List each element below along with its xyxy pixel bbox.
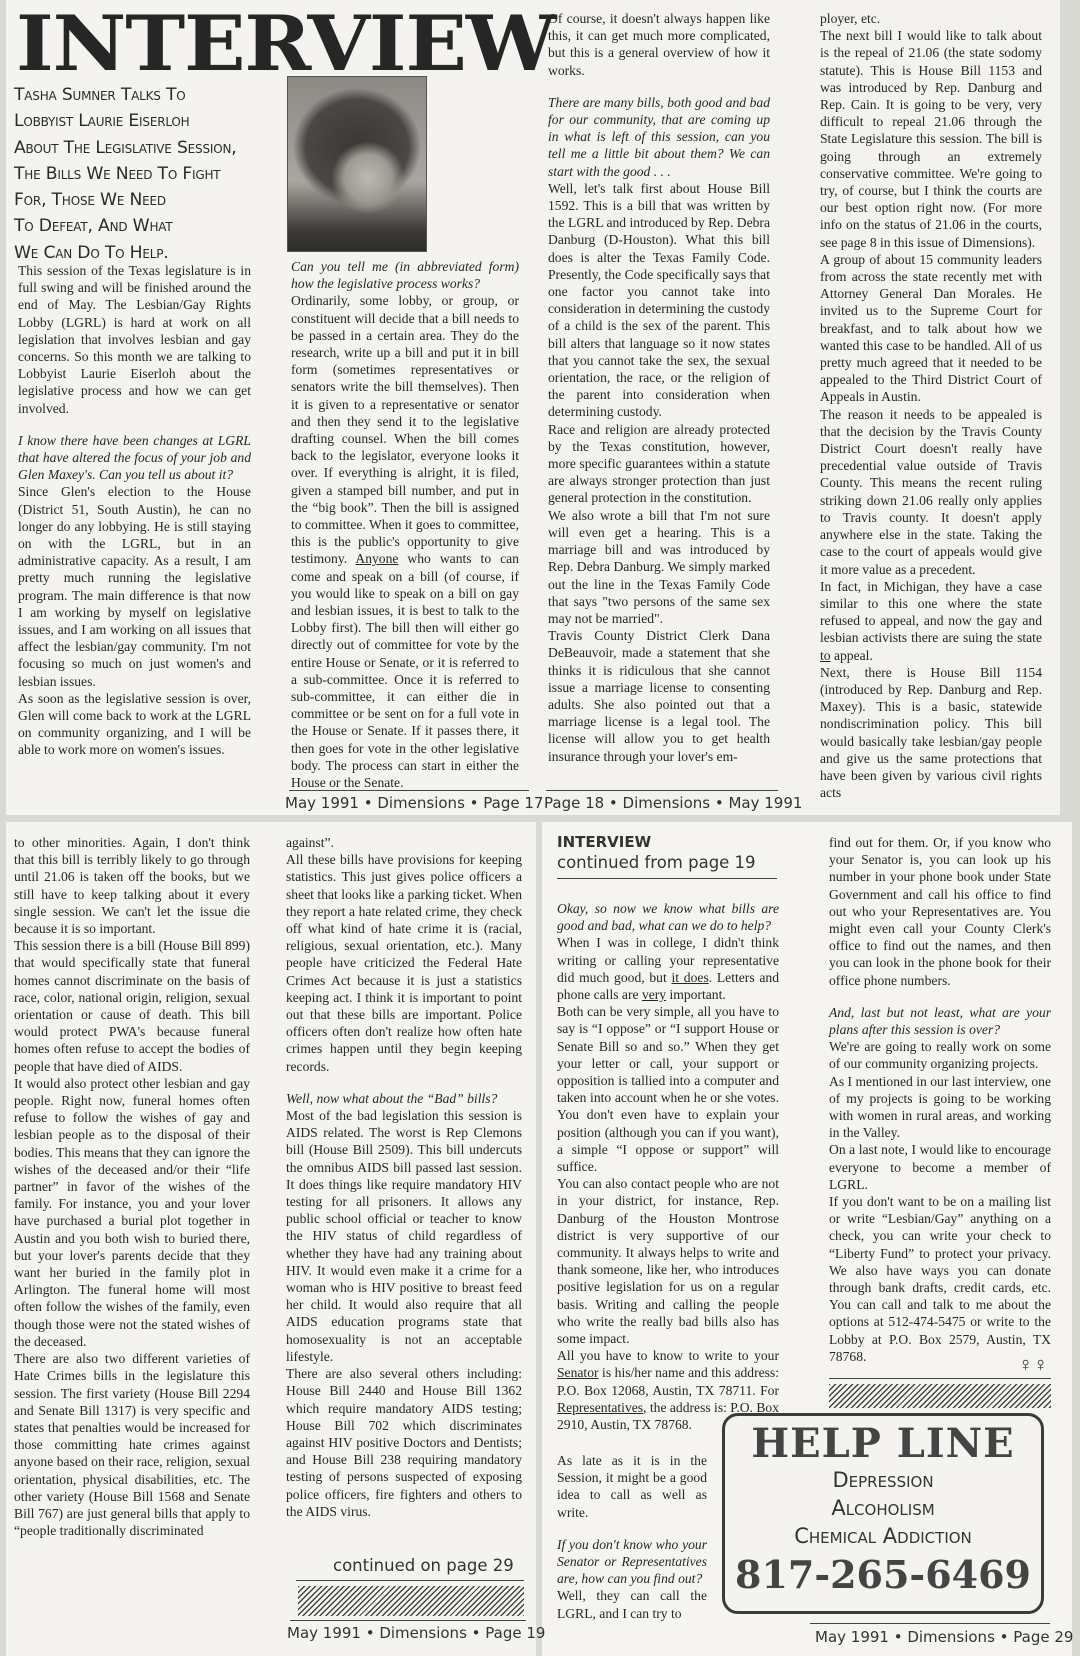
portrait-photo bbox=[287, 76, 427, 252]
paragraph: A group of about 15 community leaders fr… bbox=[820, 251, 1042, 406]
p29-column-2: find out for them. Or, if you know who y… bbox=[829, 834, 1051, 1365]
interview-question: There are many bills, both good and bad … bbox=[548, 94, 770, 180]
emphasis: it does bbox=[672, 970, 709, 985]
interview-question: Well, now what about the “Bad” bills? bbox=[286, 1090, 522, 1107]
section-kicker: INTERVIEW bbox=[557, 833, 756, 851]
helpline-phone: 817-265-6469 bbox=[725, 1554, 1041, 1596]
p18-column-1: Of course, it doesn't always happen like… bbox=[548, 10, 770, 765]
p19-column-1: to other minorities. Again, I don't thin… bbox=[14, 834, 250, 1539]
double-venus-icon: ♀♀ bbox=[1018, 1354, 1048, 1377]
paragraph: As I mentioned in our last interview, on… bbox=[829, 1073, 1051, 1142]
interview-banner-text: INTERVIEW bbox=[16, 6, 468, 82]
p17-footer-rule bbox=[289, 790, 529, 791]
paragraph: Since Glen's election to the House (Dist… bbox=[18, 483, 251, 689]
continuation-header: INTERVIEW continued from page 19 bbox=[557, 833, 756, 872]
text-run: who wants to can come and speak on a bil… bbox=[291, 551, 519, 790]
paragraph: All these bills have provisions for keep… bbox=[286, 851, 522, 1075]
paragraph: Travis County District Clerk Dana DeBeau… bbox=[548, 627, 770, 765]
article-deck: Tasha Sumner Talks To Lobbyist Laurie Ei… bbox=[14, 82, 274, 266]
interview-question: And, last but not least, what are your p… bbox=[829, 1004, 1051, 1038]
paragraph: You can also contact people who are not … bbox=[557, 1175, 779, 1347]
helpline-ad: HELP LINE Depression Alcoholism Chemical… bbox=[722, 1413, 1044, 1614]
paragraph: On a last note, I would like to encourag… bbox=[829, 1141, 1051, 1193]
emphasis: to bbox=[820, 648, 831, 663]
p19-continued-rule bbox=[296, 1580, 524, 1581]
p29-column-1: Okay, so now we know what bills are good… bbox=[557, 900, 779, 1433]
p29-hatch-bar bbox=[829, 1384, 1051, 1408]
paragraph: Most of the bad legislation this session… bbox=[286, 1107, 522, 1365]
p29-footer-rule bbox=[810, 1623, 1050, 1624]
interview-question: Okay, so now we know what bills are good… bbox=[557, 900, 779, 934]
p19-footer: May 1991 • Dimensions • Page 19 bbox=[287, 1624, 545, 1642]
paragraph: Of course, it doesn't always happen like… bbox=[548, 10, 770, 79]
text-run: Ordinarily, some lobby, or group, or con… bbox=[291, 293, 519, 566]
emphasis: Anyone bbox=[355, 551, 398, 566]
p17-column-1: This session of the Texas legislature is… bbox=[18, 262, 251, 759]
paragraph: When I was in college, I didn't think wr… bbox=[557, 934, 779, 1003]
paragraph: Well, they can call the LGRL, and I can … bbox=[557, 1587, 707, 1621]
paragraph: If you don't want to be on a mailing lis… bbox=[829, 1193, 1051, 1365]
p19-footer-rule bbox=[290, 1620, 526, 1621]
emphasis: Senator bbox=[557, 1365, 599, 1380]
text-run: In fact, in Michigan, they have a case s… bbox=[820, 579, 1042, 646]
paragraph: The reason it needs to be appealed is th… bbox=[820, 406, 1042, 578]
deck-line: The Bills We Need To Fight bbox=[14, 161, 274, 187]
interview-question: I know there have been changes at LGRL t… bbox=[18, 432, 251, 484]
paragraph: Race and religion are already protected … bbox=[548, 421, 770, 507]
p29-header-rule bbox=[557, 878, 777, 879]
paragraph: In fact, in Michigan, they have a case s… bbox=[820, 578, 1042, 664]
helpline-item: Alcoholism bbox=[725, 1494, 1041, 1522]
p19-hatch-bar bbox=[298, 1586, 524, 1616]
continued-on-link: continued on page 29 bbox=[333, 1556, 514, 1575]
deck-line: To Defeat, And What bbox=[14, 213, 274, 239]
text-run: appeal. bbox=[831, 648, 873, 663]
paragraph: As soon as the legislative session is ov… bbox=[18, 690, 251, 759]
paragraph: It would also protect other lesbian and … bbox=[14, 1075, 250, 1350]
paragraph: The next bill I would like to talk about… bbox=[820, 27, 1042, 251]
p17-footer: May 1991 • Dimensions • Page 17 bbox=[285, 794, 543, 812]
paragraph: We also wrote a bill that I'm not sure w… bbox=[548, 507, 770, 627]
paragraph: find out for them. Or, if you know who y… bbox=[829, 834, 1051, 989]
p29-column-1-narrow: As late as it is in the Session, it migh… bbox=[557, 1452, 707, 1622]
paragraph: As late as it is in the Session, it migh… bbox=[557, 1452, 707, 1521]
paragraph: This session there is a bill (House Bill… bbox=[14, 937, 250, 1075]
text-run: All you have to know to write to your bbox=[557, 1348, 779, 1363]
paragraph: Ordinarily, some lobby, or group, or con… bbox=[291, 292, 519, 791]
deck-line: For, Those We Need bbox=[14, 187, 274, 213]
interview-question: Can you tell me (in abbreviated form) ho… bbox=[291, 258, 519, 292]
p29-footer: May 1991 • Dimensions • Page 29 bbox=[815, 1628, 1073, 1646]
p18-footer: Page 18 • Dimensions • May 1991 bbox=[544, 794, 802, 812]
helpline-title: HELP LINE bbox=[725, 1422, 1041, 1466]
deck-line: Tasha Sumner Talks To bbox=[14, 82, 274, 108]
emphasis: Representatives bbox=[557, 1400, 643, 1415]
helpline-item: Depression bbox=[725, 1466, 1041, 1494]
paragraph: Both can be very simple, all you have to… bbox=[557, 1003, 779, 1175]
p19-column-2: against”. All these bills have provision… bbox=[286, 834, 522, 1520]
paragraph: We're are going to really work on some o… bbox=[829, 1038, 1051, 1072]
p29-end-rule bbox=[829, 1378, 1051, 1379]
deck-line: Lobbyist Laurie Eiserloh bbox=[14, 108, 274, 134]
paragraph: Well, let's talk first about House Bill … bbox=[548, 180, 770, 421]
paragraph: There are also several others including:… bbox=[286, 1365, 522, 1520]
paragraph: ployer, etc. bbox=[820, 10, 1042, 27]
p18-column-2: ployer, etc. The next bill I would like … bbox=[820, 10, 1042, 801]
helpline-item: Chemical Addiction bbox=[725, 1522, 1041, 1550]
continued-from-label: continued from page 19 bbox=[557, 853, 756, 872]
paragraph: There are also two different varieties o… bbox=[14, 1350, 250, 1539]
emphasis: very bbox=[642, 987, 666, 1002]
text-run: important. bbox=[666, 987, 726, 1002]
paragraph: to other minorities. Again, I don't thin… bbox=[14, 834, 250, 937]
interview-banner: INTERVIEW bbox=[16, 6, 442, 76]
deck-line: About The Legislative Session, bbox=[14, 135, 274, 161]
paragraph: against”. bbox=[286, 834, 522, 851]
interview-question: If you don't know who your Senator or Re… bbox=[557, 1536, 707, 1588]
p17-column-2: Can you tell me (in abbreviated form) ho… bbox=[291, 258, 519, 791]
p18-footer-rule bbox=[546, 790, 778, 791]
paragraph: This session of the Texas legislature is… bbox=[18, 262, 251, 417]
paragraph: Next, there is House Bill 1154 (introduc… bbox=[820, 664, 1042, 802]
